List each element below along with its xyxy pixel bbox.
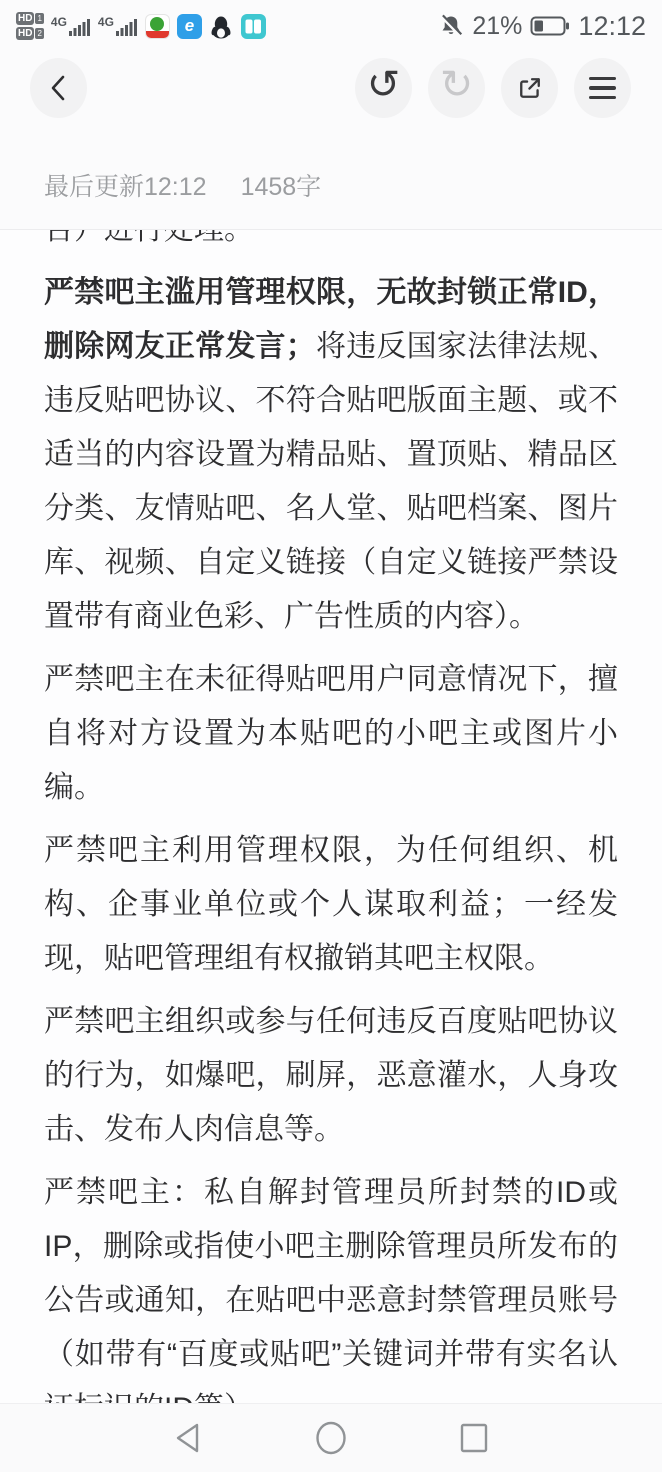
paragraph-5[interactable]: 严禁吧主：私自解封管理员所封禁的ID或IP，删除或指使小吧主删除管理员所发布的公… [44,1166,618,1436]
battery-percent: 21% [472,12,522,41]
paragraph-1-text: 将违反国家法律法规、违反贴吧协议、不符合贴吧版面主题、或不适当的内容设置为精品贴… [44,330,618,633]
editor-toolbar: ↺ ↻ [0,57,662,121]
e-mail-app-icon: e [177,14,202,39]
android-nav-bar [0,1403,662,1472]
document-meta: 最后更新12:12 1458字 [44,167,321,203]
paragraph-4-text: 严禁吧主组织或参与任何违反百度贴吧协议的行为，如爆吧，刷屏，恶意灌水，人身攻击、… [44,1005,618,1146]
app-header: HD 1 HD 2 4G [0,0,662,230]
status-left-cluster: HD 1 HD 2 4G [16,12,266,40]
sim2-network-label: 4G [98,16,114,28]
qq-app-icon [209,14,234,39]
swirl-dot [150,17,164,31]
share-button[interactable] [501,58,558,118]
hd2-label: HD [16,27,34,40]
paragraph-2-text: 严禁吧主在未征得贴吧用户同意情况下，擅自将对方设置为本贴吧的小吧主或图片小编。 [44,663,618,804]
back-chevron-icon [47,73,71,103]
battery-icon [530,15,570,37]
redo-icon: ↻ [440,65,474,105]
hd1-volte-icon: HD 1 [16,12,44,25]
sim2-signal-bars [116,16,138,36]
nav-recents-square-icon [458,1421,490,1455]
reader-book-app-icon [241,14,266,39]
last-updated-label: 最后更新12:12 [44,167,207,203]
undo-button[interactable]: ↺ [355,58,412,118]
nav-recents-button[interactable] [456,1420,492,1456]
hd1-label: HD [16,12,34,25]
paragraph-5-text: 严禁吧主：私自解封管理员所封禁的ID或IP，删除或指使小吧主删除管理员所发布的公… [44,1176,618,1425]
nav-back-triangle-icon [172,1421,204,1455]
sim1-signal-bars [69,16,91,36]
nav-home-circle-icon [314,1420,348,1456]
open-book-glyph [245,19,262,34]
swirl-red-band [146,31,169,38]
menu-button[interactable] [574,58,631,118]
qq-penguin-icon [209,14,233,39]
paragraph-3[interactable]: 严禁吧主利用管理权限，为任何组织、机构、企事业单位或个人谋取利益；一经发现，贴吧… [44,824,618,986]
nav-home-button[interactable] [313,1420,349,1456]
hd2-volte-icon: HD 2 [16,27,44,40]
hd-indicators: HD 1 HD 2 [16,12,44,40]
paragraph-3-text: 严禁吧主利用管理权限，为任何组织、机构、企事业单位或个人谋取利益；一经发现，贴吧… [44,834,618,975]
status-right-cluster: 21% 12:12 [438,11,646,42]
share-icon [516,74,544,102]
document-body[interactable]: 告）进行处理。 严禁吧主滥用管理权限，无故封锁正常ID，删除网友正常发言；将违反… [0,230,662,1445]
char-count-label: 1458字 [241,167,322,203]
hamburger-menu-icon [589,77,616,100]
nav-back-button[interactable] [170,1420,206,1456]
notifications-muted-icon [438,13,464,39]
phone-screen: HD 1 HD 2 4G [0,0,662,1472]
paragraph-4[interactable]: 严禁吧主组织或参与任何违反百度贴吧协议的行为，如爆吧，刷屏，恶意灌水，人身攻击、… [44,995,618,1157]
hd2-index: 2 [35,28,43,39]
paragraph-1[interactable]: 严禁吧主滥用管理权限，无故封锁正常ID，删除网友正常发言；将违反国家法律法规、违… [44,266,618,644]
sim1-network-label: 4G [51,16,67,28]
undo-icon: ↺ [367,65,401,105]
status-time: 12:12 [578,11,646,42]
hd1-index: 1 [35,13,43,24]
sim1-signal-icon: 4G [51,16,91,36]
back-button[interactable] [30,58,87,118]
status-bar: HD 1 HD 2 4G [0,0,662,48]
swirl-app-icon [145,14,170,39]
paragraph-2[interactable]: 严禁吧主在未征得贴吧用户同意情况下，擅自将对方设置为本贴吧的小吧主或图片小编。 [44,653,618,815]
sim2-signal-icon: 4G [98,16,138,36]
redo-button-disabled[interactable]: ↻ [428,58,485,118]
